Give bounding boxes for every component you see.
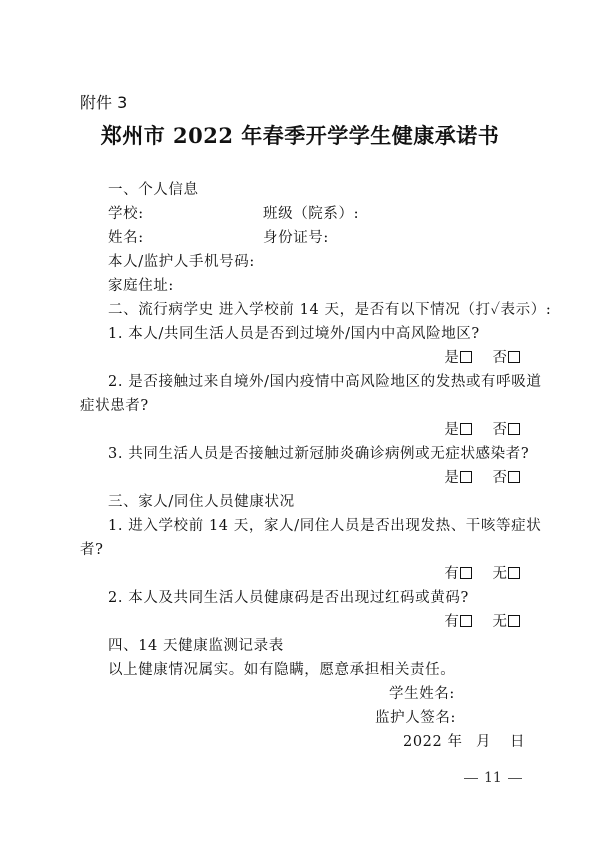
checkbox-icon[interactable] (460, 351, 472, 363)
date-day: 日 (510, 730, 525, 751)
family-q1-answer: 有 无 (428, 562, 520, 583)
family-q2-have-option[interactable]: 有 (444, 610, 472, 631)
address-label: 家庭住址: (108, 274, 174, 295)
student-name-label: 学生姓名: (389, 682, 455, 703)
dash-decoration (464, 778, 478, 779)
checkbox-icon[interactable] (460, 615, 472, 627)
family-q2-answer: 有 无 (428, 610, 520, 631)
family-q1-have-option[interactable]: 有 (444, 562, 472, 583)
checkbox-icon[interactable] (508, 567, 520, 579)
section-monitoring-heading: 四、14 天健康监测记录表 (108, 634, 284, 655)
checkbox-icon[interactable] (460, 423, 472, 435)
epi-q2-no-option[interactable]: 否 (493, 418, 521, 439)
commitment-statement: 以上健康情况属实。如有隐瞒，愿意承担相关责任。 (108, 658, 455, 679)
epi-question-3: 3. 共同生活人员是否接触过新冠肺炎确诊病例或无症状感染者? (108, 442, 529, 463)
checkbox-icon[interactable] (460, 567, 472, 579)
epi-q2-answer: 是 否 (428, 418, 520, 439)
document-title: 郑州市 2022 年春季开学学生健康承诺书 (0, 120, 600, 150)
section-personal-info-heading: 一、个人信息 (108, 178, 199, 199)
epi-question-1: 1. 本人/共同生活人员是否到过境外/国内中高风险地区? (108, 322, 480, 343)
class-label: 班级（院系）: (263, 202, 359, 223)
epi-question-2-line1: 2. 是否接触过来自境外/国内疫情中高风险地区的发热或有呼吸道 (108, 370, 541, 391)
checkbox-icon[interactable] (508, 423, 520, 435)
family-q1-none-option[interactable]: 无 (493, 562, 521, 583)
family-question-2: 2. 本人及共同生活人员健康码是否出现过红码或黄码? (108, 586, 469, 607)
checkbox-icon[interactable] (508, 351, 520, 363)
date-month: 月 (476, 730, 491, 751)
checkbox-icon[interactable] (508, 615, 520, 627)
name-label: 姓名: (108, 226, 144, 247)
epi-q2-yes-option[interactable]: 是 (444, 418, 472, 439)
checkbox-icon[interactable] (508, 471, 520, 483)
phone-label: 本人/监护人手机号码: (108, 250, 255, 271)
document-page: 附件 3 郑州市 2022 年春季开学学生健康承诺书 一、个人信息 学校: 班级… (0, 0, 600, 848)
family-question-1-line2: 者? (80, 538, 103, 559)
epi-q3-yes-option[interactable]: 是 (444, 466, 472, 487)
family-question-1-line1: 1. 进入学校前 14 天，家人/同住人员是否出现发热、干咳等症状 (108, 514, 541, 535)
epi-q1-answer: 是 否 (428, 346, 520, 367)
epi-q3-no-option[interactable]: 否 (493, 466, 521, 487)
epi-question-2-line2: 症状患者? (80, 394, 149, 415)
section-epidemiology-heading: 二、流行病学史 进入学校前 14 天，是否有以下情况（打✓表示）: (108, 298, 551, 319)
attachment-label: 附件 3 (80, 90, 127, 113)
date-year: 2022 年 (403, 730, 463, 751)
school-label: 学校: (108, 202, 144, 223)
id-number-label: 身份证号: (263, 226, 329, 247)
page-number: 11 (458, 770, 528, 786)
epi-q1-yes-option[interactable]: 是 (444, 346, 472, 367)
dash-decoration (508, 778, 522, 779)
epi-q3-answer: 是 否 (428, 466, 520, 487)
family-q2-none-option[interactable]: 无 (493, 610, 521, 631)
checkbox-icon[interactable] (460, 471, 472, 483)
epi-q1-no-option[interactable]: 否 (493, 346, 521, 367)
guardian-signature-label: 监护人签名: (375, 706, 456, 727)
section-family-health-heading: 三、家人/同住人员健康状况 (108, 490, 295, 511)
